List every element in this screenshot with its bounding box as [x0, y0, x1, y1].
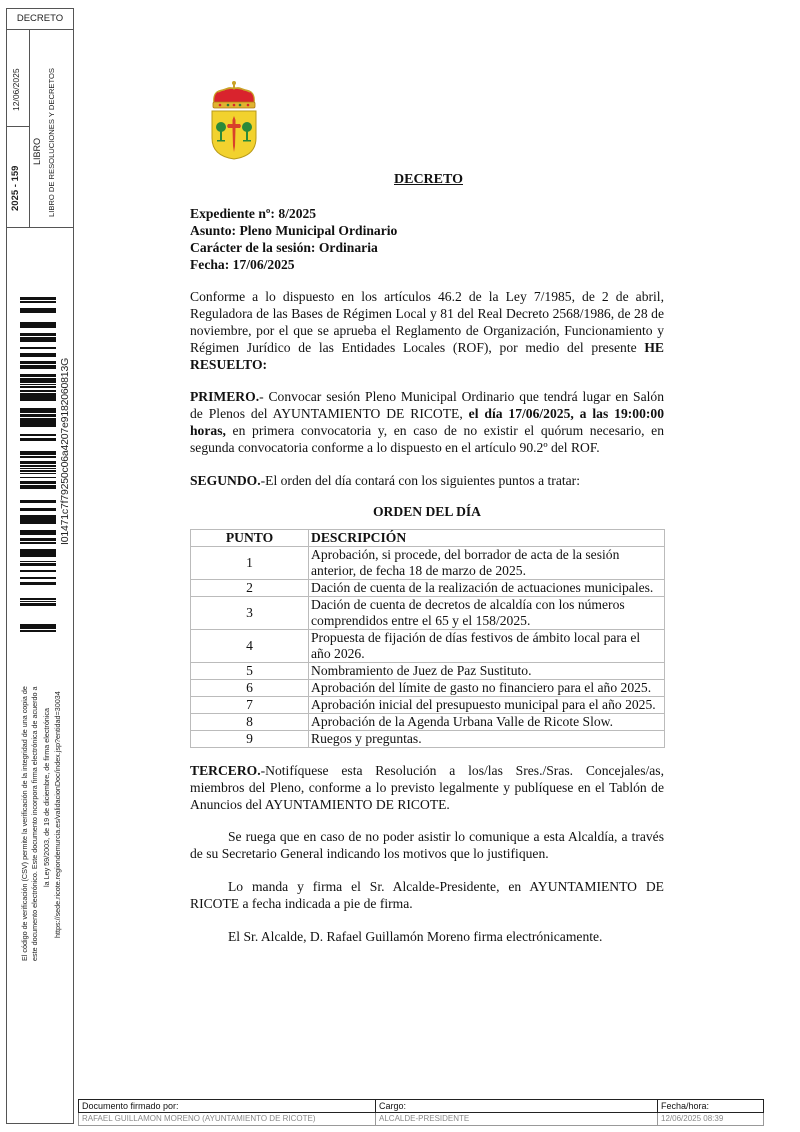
asunto: Asunto: Pleno Municipal Ordinario	[190, 222, 397, 239]
signing-statement: Lo manda y firma el Sr. Alcalde-Presiden…	[190, 878, 664, 912]
agenda-header-row: PUNTO DESCRIPCIÓN	[191, 530, 665, 547]
agenda-item-description: Dación de cuenta de decretos de alcaldía…	[309, 597, 665, 630]
csv-code: I01471c7f79250c06a4207e9182060813G	[59, 358, 71, 545]
column-header-descripcion: DESCRIPCIÓN	[309, 530, 665, 547]
sidebar-doc-type: DECRETO	[7, 9, 73, 30]
cargo: ALCALDE-PRESIDENTE	[376, 1113, 658, 1126]
agenda-item-number: 1	[191, 547, 309, 580]
segundo-paragraph: SEGUNDO.-El orden del día contará con lo…	[190, 472, 664, 489]
agenda-row: 8Aprobación de la Agenda Urbana Valle de…	[191, 714, 665, 731]
agenda-item-description: Nombramiento de Juez de Paz Sustituto.	[309, 663, 665, 680]
document-metadata: Expediente nº: 8/2025 Asunto: Pleno Muni…	[190, 205, 397, 273]
agenda-item-description: Aprobación, si procede, del borrador de …	[309, 547, 665, 580]
session-character: Carácter de la sesión: Ordinaria	[190, 239, 397, 256]
document-title: DECRETO	[394, 172, 463, 188]
expediente: Expediente nº: 8/2025	[190, 205, 397, 222]
signature-labels: Documento firmado por: Cargo: Fecha/hora…	[79, 1100, 764, 1113]
datetime-label: Fecha/hora:	[658, 1100, 764, 1113]
sidebar-book-label: LIBRO	[32, 138, 42, 165]
sidebar-book-name: LIBRO DE RESOLUCIONES Y DECRETOS	[47, 68, 56, 217]
agenda-item-number: 8	[191, 714, 309, 731]
agenda-row: 9Ruegos y preguntas.	[191, 731, 665, 748]
primero-paragraph: PRIMERO.- Convocar sesión Pleno Municipa…	[190, 388, 664, 456]
agenda-item-description: Ruegos y preguntas.	[309, 731, 665, 748]
agenda-item-number: 9	[191, 731, 309, 748]
agenda-title: ORDEN DEL DÍA	[190, 504, 664, 520]
agenda-item-description: Dación de cuenta de la realización de ac…	[309, 580, 665, 597]
agenda-item-number: 5	[191, 663, 309, 680]
tercero-paragraph: TERCERO.-Notifíquese esta Resolución a l…	[190, 762, 664, 813]
signed-by: RAFAEL GUILLAMON MORENO (AYUNTAMIENTO DE…	[79, 1113, 376, 1126]
sidebar-decree-number: 2025 - 159	[10, 166, 21, 211]
agenda-row: 6Aprobación del límite de gasto no finan…	[191, 680, 665, 697]
agenda-item-number: 2	[191, 580, 309, 597]
agenda-row: 2Dación de cuenta de la realización de a…	[191, 580, 665, 597]
verification-sidebar: DECRETO 12/06/2025 2025 - 159 LIBRO LIBR…	[6, 8, 74, 1124]
signature-datetime: 12/06/2025 08:39	[658, 1113, 764, 1126]
sidebar-date: 12/06/2025	[11, 68, 21, 111]
sidebar-metadata: 12/06/2025 2025 - 159 LIBRO LIBRO DE RES…	[7, 29, 73, 228]
cargo-label: Cargo:	[376, 1100, 658, 1113]
attendance-notice: Se ruega que en caso de no poder asistir…	[190, 828, 664, 862]
signature-box: Documento firmado por: Cargo: Fecha/hora…	[78, 1099, 764, 1126]
agenda-item-description: Aprobación inicial del presupuesto munic…	[309, 697, 665, 714]
signature-values: RAFAEL GUILLAMON MORENO (AYUNTAMIENTO DE…	[79, 1113, 764, 1126]
agenda-item-number: 6	[191, 680, 309, 697]
intro-paragraph: Conforme a lo dispuesto en los artículos…	[190, 288, 664, 373]
agenda-item-number: 7	[191, 697, 309, 714]
session-date: Fecha: 17/06/2025	[190, 256, 397, 273]
agenda-item-number: 4	[191, 630, 309, 663]
electronic-signature-note: El Sr. Alcalde, D. Rafael Guillamón More…	[190, 928, 664, 945]
agenda-row: 3Dación de cuenta de decretos de alcaldí…	[191, 597, 665, 630]
agenda-table: PUNTO DESCRIPCIÓN 1Aprobación, si proced…	[190, 529, 665, 748]
agenda-row: 4Propuesta de fijación de días festivos …	[191, 630, 665, 663]
agenda-item-description: Aprobación de la Agenda Urbana Valle de …	[309, 714, 665, 731]
agenda-row: 5Nombramiento de Juez de Paz Sustituto.	[191, 663, 665, 680]
column-header-punto: PUNTO	[191, 530, 309, 547]
agenda-item-description: Aprobación del límite de gasto no financ…	[309, 680, 665, 697]
agenda-row: 1Aprobación, si procede, del borrador de…	[191, 547, 665, 580]
csv-notice-line: El código de verificación (CSV) permite …	[20, 686, 30, 961]
verification-url[interactable]: https://sede.ricote.regiondemurcia.es/va…	[53, 691, 63, 938]
csv-notice-line: la Ley 59/2003, de 19 de diciembre, de f…	[42, 708, 52, 887]
agenda-item-description: Propuesta de fijación de días festivos d…	[309, 630, 665, 663]
agenda-item-number: 3	[191, 597, 309, 630]
signed-by-label: Documento firmado por:	[79, 1100, 376, 1113]
barcode-icon	[20, 295, 56, 633]
csv-notice-line: este documento electrónico. Este documen…	[30, 687, 40, 961]
agenda-row: 7Aprobación inicial del presupuesto muni…	[191, 697, 665, 714]
coat-of-arms-icon	[208, 80, 260, 160]
